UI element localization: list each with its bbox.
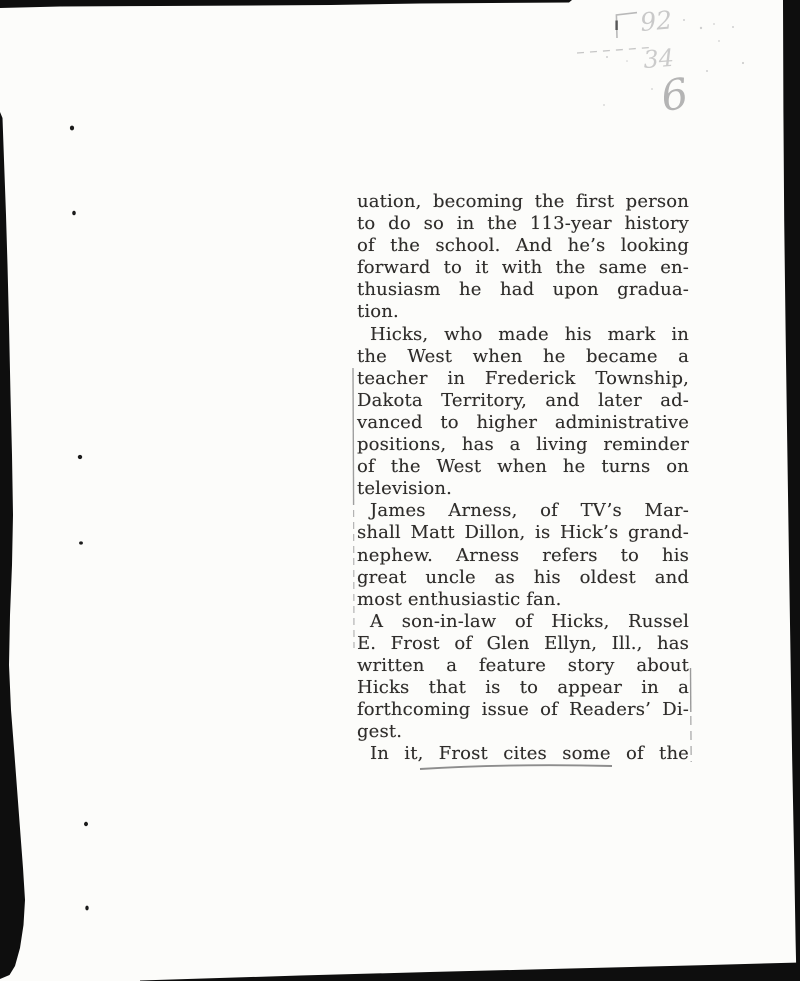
article-line: forward to it with the same en-: [357, 257, 689, 279]
article-line: In it, Frost cites some of the: [357, 743, 689, 765]
article-line: shall Matt Dillon, is Hick’s grand-: [357, 522, 689, 544]
article-line: teacher in Frederick Township,: [357, 368, 689, 390]
article-line: television.: [357, 478, 689, 500]
article-line: the West when he became a: [357, 346, 689, 368]
article-line: written a feature story about: [357, 655, 689, 677]
article-line: thusiasm he had upon gradua-: [357, 279, 689, 301]
pencil-annotation-2: 34: [642, 44, 674, 74]
scan-edge-bottom: [140, 963, 800, 981]
article-line: most enthusiastic fan.: [357, 589, 689, 611]
article-line: A son-in-law of Hicks, Russel: [357, 611, 689, 633]
article-line: gest.: [357, 721, 689, 743]
article-line: to do so in the 113-year history: [357, 213, 689, 235]
article-line: tion.: [357, 301, 689, 323]
clip-underline: [420, 765, 612, 769]
article-line: Dakota Territory, and later ad-: [357, 390, 689, 412]
photocopy-specks: [70, 126, 89, 911]
column-rule-right: [691, 668, 692, 762]
scan-edge-left: [0, 112, 25, 979]
article-line: uation, becoming the first person: [357, 191, 689, 213]
article-line: positions, has a living reminder: [357, 434, 689, 456]
column-rule-left: [353, 368, 354, 648]
scan-edge-top: [0, 0, 572, 8]
article-line: great uncle as his oldest and: [357, 567, 689, 589]
pencil-stray-dots: [603, 19, 744, 106]
scanned-clipping-page: uation, becoming the first person to do …: [0, 0, 800, 981]
article-line: Hicks that is to appear in a: [357, 677, 689, 699]
article-line: nephew. Arness refers to his: [357, 545, 689, 567]
article-line: of the West when he turns on: [357, 456, 689, 478]
article-line: E. Frost of Glen Ellyn, Ill., has: [357, 633, 689, 655]
pencil-annotation-1: 92: [639, 5, 673, 37]
article-line: vanced to higher administrative: [357, 412, 689, 434]
pencil-annotation-3: 6: [658, 68, 692, 121]
article-line: Hicks, who made his mark in: [357, 324, 689, 346]
article-line: of the school. And he’s looking: [357, 235, 689, 257]
article-line: James Arness, of TV’s Mar-: [357, 500, 689, 522]
article-line: forthcoming issue of Readers’ Di-: [357, 699, 689, 721]
scan-edge-right: [783, 0, 800, 981]
newspaper-column: uation, becoming the first person to do …: [357, 191, 689, 765]
pencil-annotations: 92 34 6: [577, 5, 744, 121]
